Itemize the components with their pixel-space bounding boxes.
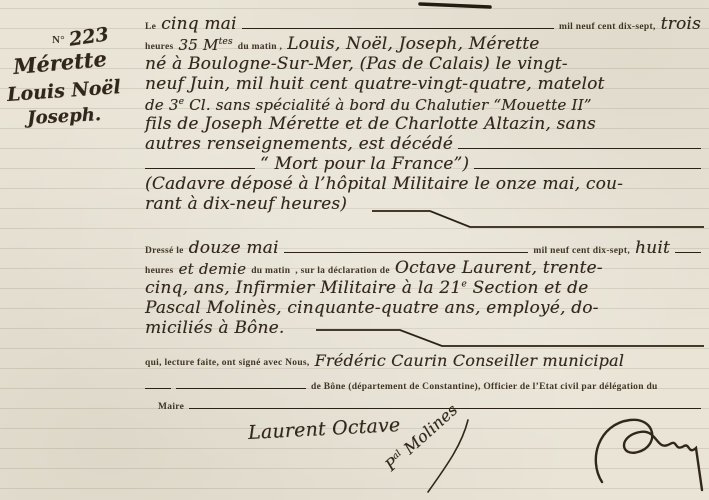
birth-line-2: neuf Juin, mil huit cent quatre-vingt-qu… xyxy=(145,74,605,94)
act-line-birth-2: neuf Juin, mil huit cent quatre-vingt-qu… xyxy=(145,72,701,94)
top-remnant-line xyxy=(420,4,490,7)
act-line-cadavre-2: rant à dix-neuf heures) xyxy=(145,192,701,214)
cadavre-line-1: (Cadavre déposé à l’hôpital Militaire le… xyxy=(145,174,623,194)
redaction-line-declarant-2: cinq, ans, Infirmier Militaire à la 21e … xyxy=(145,276,701,298)
death-hour: trois xyxy=(661,14,701,34)
printed-heures-2: heures xyxy=(145,266,174,276)
closing-line-officer: qui, lecture faite, ont signé avec Nous,… xyxy=(145,348,701,370)
declarant-line-1: Octave Laurent, trente- xyxy=(395,258,603,278)
margin-given-names-1: Louis Noël xyxy=(6,76,121,106)
filler-dash xyxy=(145,388,171,389)
printed-year: mil neuf cent dix-sept, xyxy=(559,22,656,32)
printed-signe: qui, lecture faite, ont signé avec Nous, xyxy=(145,358,310,368)
closing-line-maire: Maire xyxy=(158,392,701,414)
filler-rule xyxy=(284,252,529,253)
declarant-line-4: miciliés à Bône. xyxy=(145,318,284,338)
parents-line: fils de Joseph Mérette et de Charlotte A… xyxy=(145,114,596,134)
deces-line: autres renseignements, est décédé xyxy=(145,134,453,154)
printed-du-matin-2: du matin xyxy=(251,266,290,276)
printed-heures: heures xyxy=(145,42,174,52)
printed-le: Le xyxy=(145,22,156,32)
filler-rule xyxy=(458,148,701,149)
death-day: cinq mai xyxy=(161,14,237,34)
filler-dash xyxy=(675,252,701,253)
filler-rule xyxy=(176,388,306,389)
death-record-scan: N° 223 Mérette Louis Noël Joseph. Le cin… xyxy=(0,0,709,500)
deceased-names: Louis, Noël, Joseph, Mérette xyxy=(287,34,539,54)
declarant-line-2: cinq, ans, Infirmier Militaire à la 21e … xyxy=(145,278,588,298)
printed-du-matin: du matin , xyxy=(238,42,282,52)
printed-maire: Maire xyxy=(158,402,184,412)
filler-rule xyxy=(145,168,255,169)
officer-name: Frédéric Caurin Conseiller municipal xyxy=(315,351,624,370)
declarant-line-3: Pascal Molinès, cinquante-quatre ans, em… xyxy=(145,298,599,318)
act-line-cadavre-1: (Cadavre déposé à l’hôpital Militaire le… xyxy=(145,172,701,194)
redaction-line-declarant-1: heures et demie du matin , sur la déclar… xyxy=(145,256,701,278)
act-line-birth-1: né à Boulogne-Sur-Mer, (Pas de Calais) l… xyxy=(145,52,701,74)
printed-year-2: mil neuf cent dix-sept, xyxy=(533,246,630,256)
filler-rule xyxy=(242,28,554,29)
filler-rule xyxy=(474,168,701,169)
act-line-time-names: heures 35 Mtes du matin , Louis, Noël, J… xyxy=(145,32,701,54)
act-line-deces: autres renseignements, est décédé xyxy=(145,132,701,154)
act-line-mention: “ Mort pour la France”) xyxy=(145,152,701,174)
printed-declaration: , sur la déclaration de xyxy=(295,266,390,276)
record-number-label: N° xyxy=(52,34,65,46)
printed-dresse: Dressé le xyxy=(145,246,184,256)
redaction-line-date: Dressé le douze mai mil neuf cent dix-se… xyxy=(145,236,701,258)
redaction-line-declarant-3: Pascal Molinès, cinquante-quatre ans, em… xyxy=(145,296,701,318)
signature-declarant-laurent: Laurent Octave xyxy=(248,414,401,444)
act-line-rank: de 3e Cl. sans spécialité à bord du Chal… xyxy=(145,92,701,114)
redaction-line-declarant-4: miciliés à Bône. xyxy=(145,316,701,338)
margin-given-names-2: Joseph. xyxy=(27,104,102,129)
closing-line-commune: de Bône (département de Constantine), Of… xyxy=(145,372,701,394)
act-line-date: Le cinq mai mil neuf cent dix-sept, troi… xyxy=(145,12,701,34)
margin-surname: Mérette xyxy=(12,46,108,79)
redaction-date: douze mai xyxy=(189,238,279,258)
redaction-hour: huit xyxy=(635,238,670,258)
officer-flourish-stroke xyxy=(596,420,702,490)
act-line-parents: fils de Joseph Mérette et de Charlotte A… xyxy=(145,112,701,134)
birth-line-1: né à Boulogne-Sur-Mer, (Pas de Calais) l… xyxy=(145,54,568,74)
mort-pour-la-france: “ Mort pour la France”) xyxy=(260,154,469,174)
record-number-block: N° 223 xyxy=(52,26,109,48)
printed-commune: de Bône (département de Constantine), Of… xyxy=(311,382,658,392)
cadavre-line-2: rant à dix-neuf heures) xyxy=(145,194,347,214)
